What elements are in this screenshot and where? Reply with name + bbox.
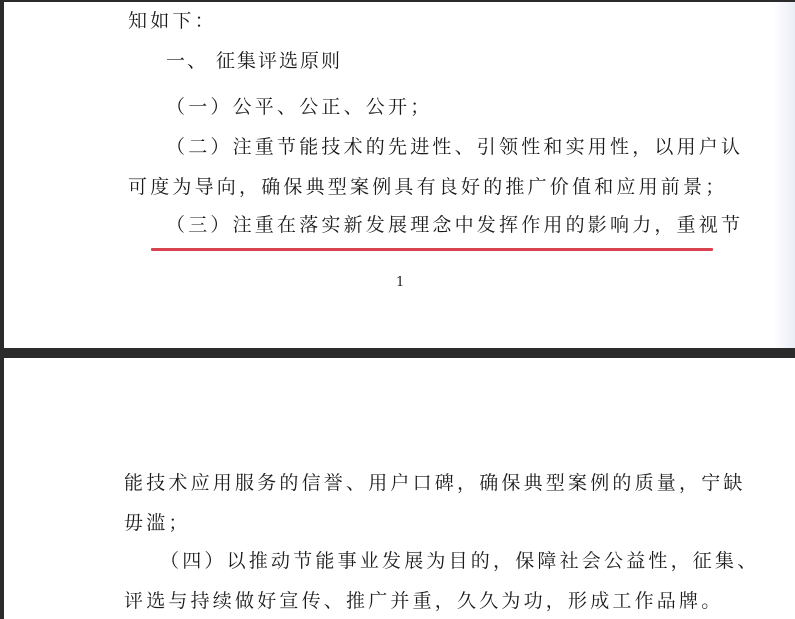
text-line: 知如下： (128, 6, 217, 33)
text-line: （四）以推动节能事业发展为目的，保障社会公益性，征集、 (160, 546, 759, 573)
text-line: 能技术应用服务的信誉、用户口碑，确保典型案例的质量，宁缺 (124, 468, 746, 495)
text-line: 可度为导向，确保典型案例具有良好的推广价值和应用前景； (128, 172, 727, 199)
red-divider-line (151, 248, 713, 251)
document-page-1: 知如下： 一、 征集评选原则 （一）公平、公正、公开； （二）注重节能技术的先进… (4, 2, 795, 348)
text-line: 评选与持续做好宣传、推广并重，久久为功，形成工作品牌。 (124, 586, 723, 613)
text-line: （一）公平、公正、公开； (166, 92, 432, 119)
scan-edge-shadow (773, 2, 795, 348)
section-heading: 一、 征集评选原则 (166, 46, 342, 73)
text-line: （二）注重节能技术的先进性、引领性和实用性，以用户认 (166, 132, 743, 159)
text-line: 毋滥； (124, 508, 191, 535)
page-number: 1 (396, 275, 404, 290)
document-page-2: 能技术应用服务的信誉、用户口碑，确保典型案例的质量，宁缺 毋滥； （四）以推动节… (4, 358, 795, 619)
text-line: （三）注重在落实新发展理念中发挥作用的影响力，重视节 (166, 210, 743, 237)
